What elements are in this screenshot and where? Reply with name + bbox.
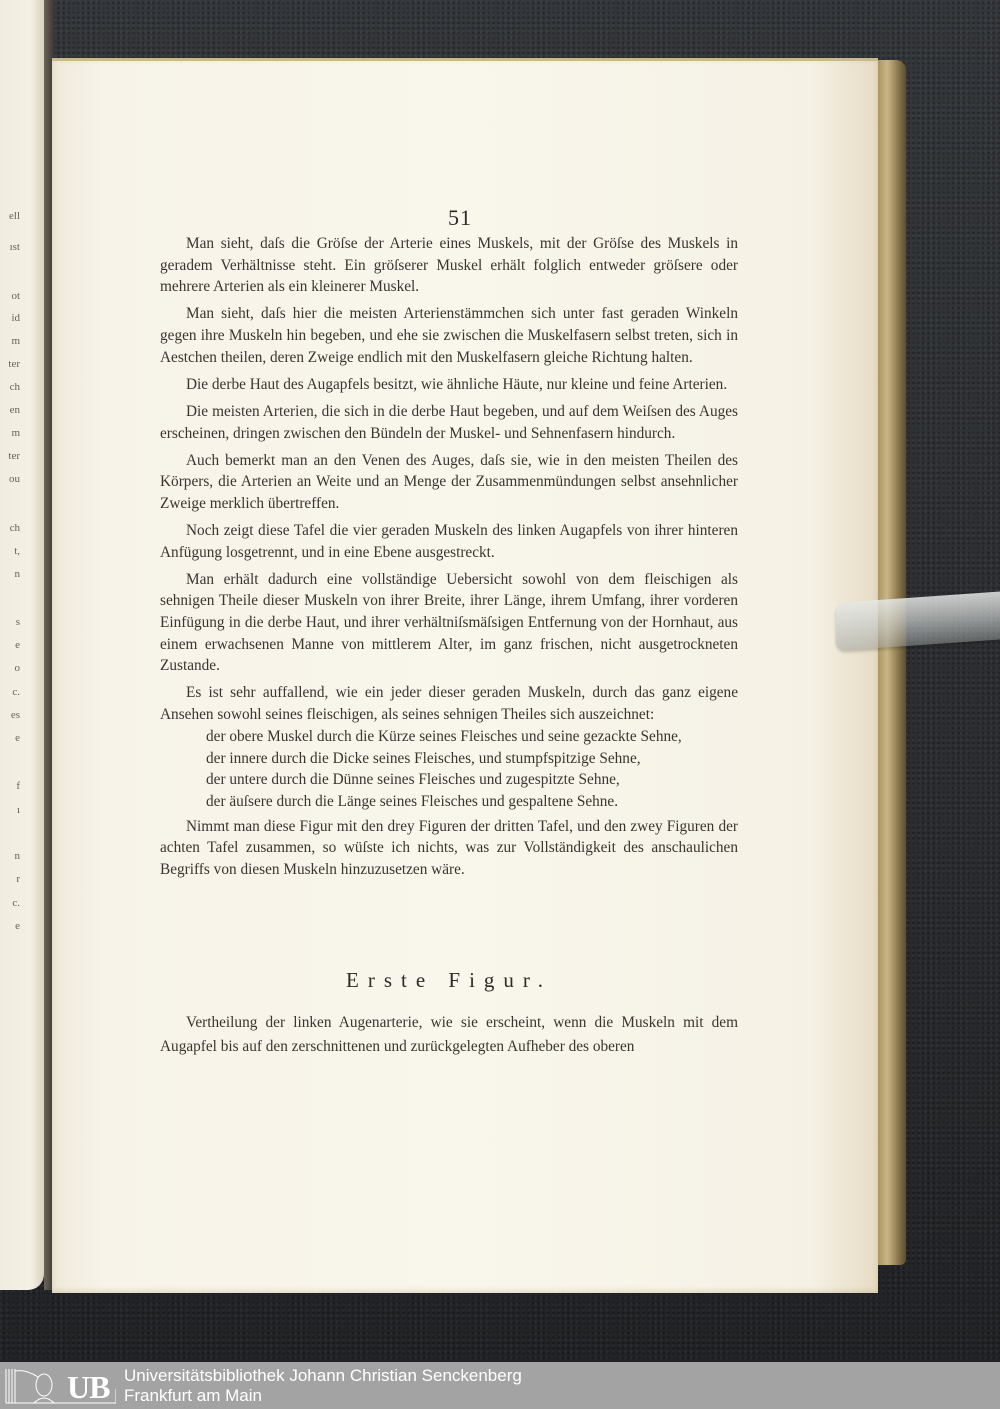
- institution-city: Frankfurt am Main: [124, 1386, 262, 1406]
- institution-name: Universitätsbibliothek Johann Christian …: [124, 1366, 522, 1386]
- muscle-list-item: der obere Muskel durch die Kürze seines …: [160, 726, 738, 748]
- paragraph: Die derbe Haut des Augapfels besitzt, wi…: [160, 374, 738, 396]
- footer-bar: UB Universitätsbibliothek Johann Christi…: [0, 1362, 1000, 1409]
- left-page-text-fragment: f: [0, 780, 20, 792]
- ub-letters: UB: [67, 1369, 109, 1406]
- left-page-text-fragment: ter: [0, 358, 20, 370]
- left-page-text-fragment: ter: [0, 450, 20, 462]
- muscle-list-item: der innere durch die Dicke seines Fleisc…: [160, 748, 738, 770]
- figure-description: Vertheilung der linken Augenarterie, wie…: [160, 1011, 738, 1059]
- left-page-text-fragment: m: [0, 427, 20, 439]
- left-page-text-fragment: ı: [0, 804, 20, 816]
- left-page-text-fragment: ch: [0, 522, 20, 534]
- left-page-text-fragment: e: [0, 920, 20, 932]
- left-page-text-fragment: c.: [0, 686, 20, 698]
- left-page-text-fragment: o: [0, 662, 20, 674]
- left-page-text-fragment: ıst: [0, 241, 20, 253]
- left-page-text-fragment: c.: [0, 897, 20, 909]
- left-page-text-fragment: n: [0, 850, 20, 862]
- closing-paragraph: Nimmt man diese Figur mit den drey Figur…: [160, 816, 738, 881]
- paragraph: Man sieht, daſs hier die meisten Arterie…: [160, 303, 738, 368]
- body-text: Man sieht, daſs die Gröſse der Arterie e…: [160, 233, 738, 886]
- left-page-text-fragment: ou: [0, 473, 20, 485]
- section-heading: Erste Figur.: [160, 968, 738, 993]
- left-page-text-fragment: m: [0, 335, 20, 347]
- muscle-list-item: der untere durch die Dünne seines Fleisc…: [160, 769, 738, 791]
- paragraph: Die meisten Arterien, die sich in die de…: [160, 401, 738, 444]
- paragraph: Man erhält dadurch eine vollständige Ueb…: [160, 569, 738, 678]
- left-page-text-fragment: e: [0, 639, 20, 651]
- left-page-edge: ellıstotidmterchenmteroucht,nseoc.esefın…: [0, 0, 44, 1290]
- left-page-text-fragment: es: [0, 709, 20, 721]
- paragraph: Noch zeigt diese Tafel die vier geraden …: [160, 520, 738, 563]
- left-page-text-fragment: e: [0, 732, 20, 744]
- left-page-text-fragment: t,: [0, 545, 20, 557]
- left-page-text-fragment: id: [0, 312, 20, 324]
- paragraph: Auch bemerkt man an den Venen des Auges,…: [160, 450, 738, 515]
- left-page-text-fragment: ot: [0, 290, 20, 302]
- ub-logo: UB: [4, 1365, 116, 1405]
- left-page-text-fragment: n: [0, 568, 20, 580]
- left-page-text-fragment: ch: [0, 381, 20, 393]
- left-page-text-fragment: en: [0, 404, 20, 416]
- left-page-text-fragment: ell: [0, 210, 20, 222]
- left-page-text-fragment: s: [0, 616, 20, 628]
- page-number: 51: [440, 205, 480, 231]
- muscle-list-item: der äuſsere durch die Länge seines Fleis…: [160, 791, 738, 813]
- paragraph: Es ist sehr auffallend, wie ein jeder di…: [160, 682, 738, 725]
- paragraph: Man sieht, daſs die Gröſse der Arterie e…: [160, 233, 738, 298]
- left-page-text-fragment: r: [0, 873, 20, 885]
